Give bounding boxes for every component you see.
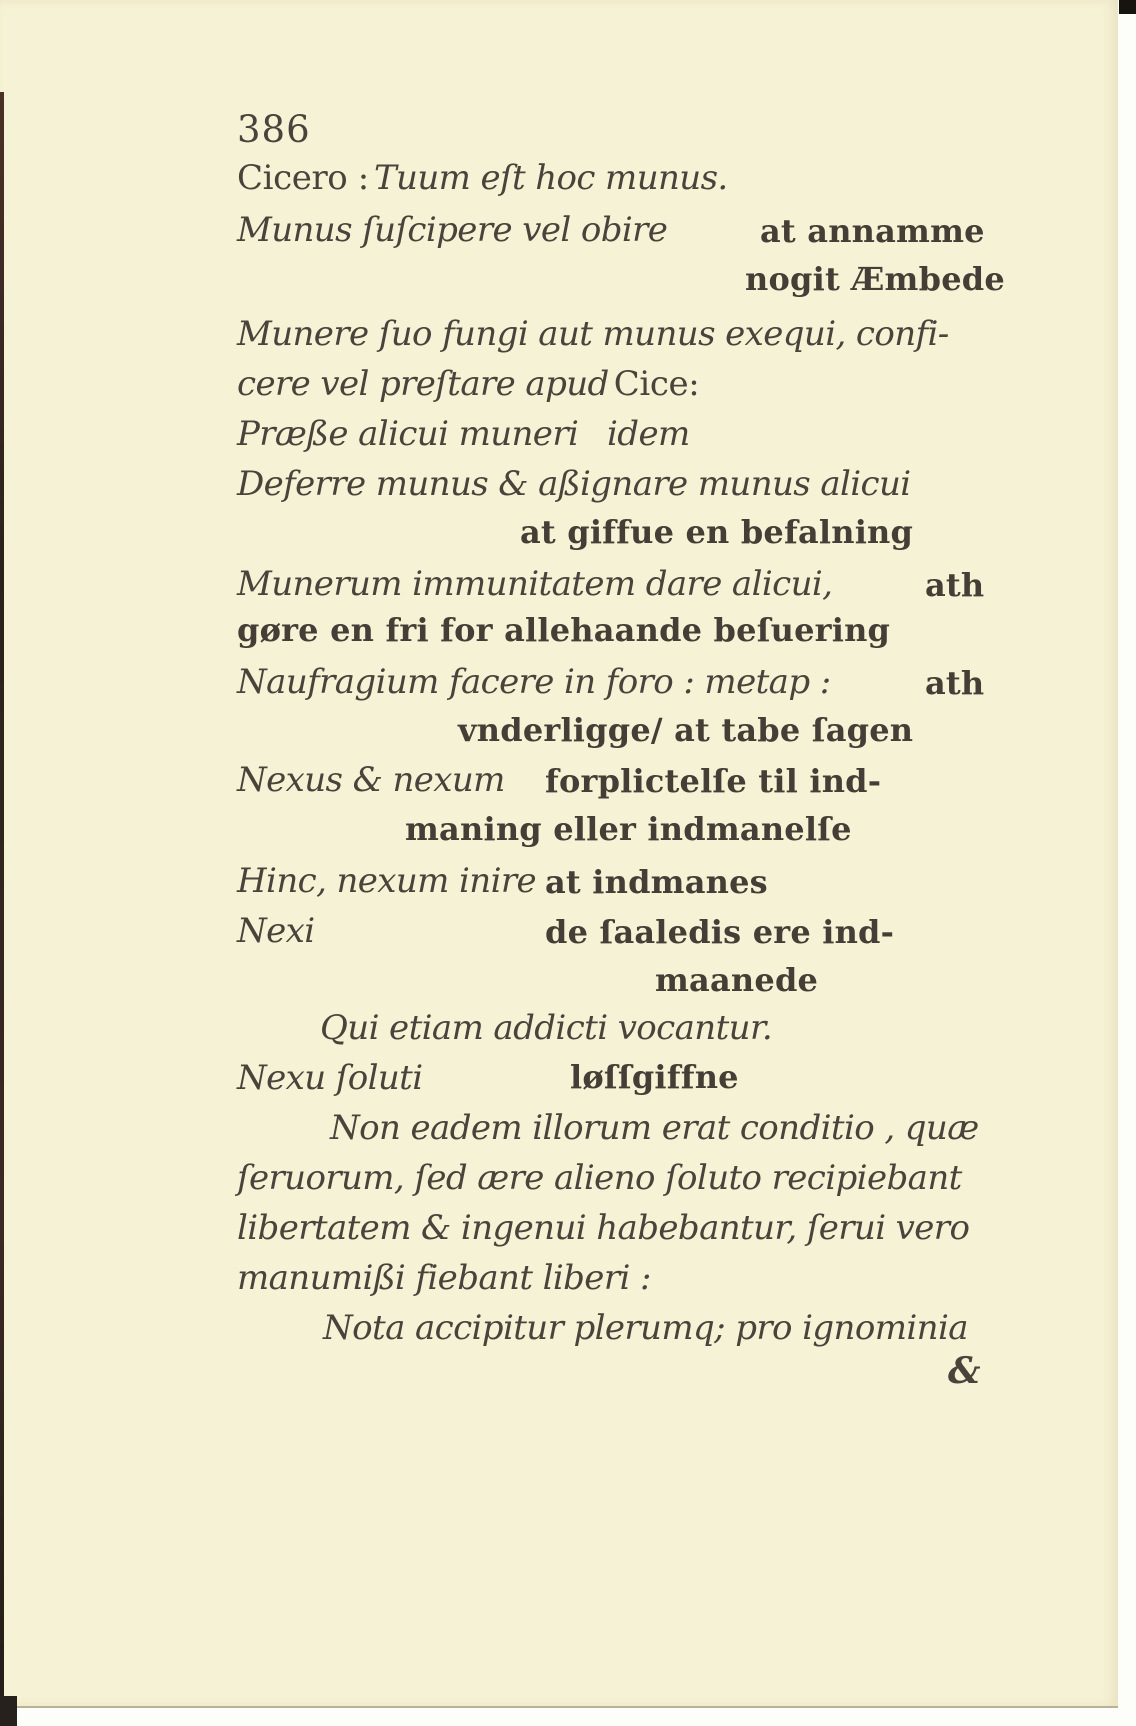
- translation-forplictelse: forplictelſe til ind-: [545, 762, 881, 800]
- entry-libertatem: libertatem & ingenui habebantur, ſerui v…: [237, 1208, 969, 1248]
- entry-cicero: Cicero : Tuum eſt hoc munus.: [237, 158, 728, 198]
- translation-at-giffue: at giffue en befalning: [520, 513, 913, 551]
- translation-loessgiffne: løſſgiffne: [570, 1058, 739, 1096]
- translation-at-annamme: at annamme: [760, 212, 985, 250]
- entry-cere-vel-latin: cere vel preſtare apud: [237, 364, 609, 404]
- translation-ath-1: ath: [925, 566, 984, 604]
- translation-at-indmanes: at indmanes: [545, 863, 768, 901]
- entry-cere-vel-cice: Cice:: [614, 364, 700, 404]
- entry-deferre: Deferre munus & aßignare munus alicui: [237, 464, 911, 504]
- scan-left-edge: [0, 92, 4, 1706]
- entry-naufragium: Naufragium facere in foro : metap :: [237, 662, 831, 702]
- entry-seruorum: ſeruorum, ſed ære alieno ſoluto recipieb…: [237, 1158, 962, 1198]
- entry-munerum: Munerum immunitatem dare alicui,: [237, 564, 832, 604]
- translation-maning: maning eller indmanelſe: [405, 810, 852, 848]
- entry-hinc-nexum: Hinc, nexum inire: [237, 861, 536, 901]
- entry-cicero-head: Cicero :: [237, 158, 369, 198]
- entry-munus-suscipere: Munus ſuſcipere vel obire: [237, 210, 667, 250]
- catchword: &: [948, 1350, 981, 1392]
- entry-cicero-quote: Tuum eſt hoc munus.: [374, 158, 728, 198]
- entry-cere-vel: cere vel preſtare apud Cice:: [237, 364, 699, 404]
- entry-praesse: Præße alicui muneri: [237, 414, 578, 454]
- entry-nota: Nota accipitur plerumq; pro ignominia: [323, 1308, 968, 1348]
- entry-munere-suo: Munere ſuo fungi aut munus exequi, confi…: [237, 314, 949, 354]
- translation-vnderligge: vnderligge/ at tabe ſagen: [458, 711, 913, 749]
- translation-de-saaledis: de ſaaledis ere ind-: [545, 913, 894, 951]
- translation-ath-2: ath: [925, 664, 984, 702]
- entry-nexus-nexum: Nexus & nexum: [237, 760, 505, 800]
- entry-nexi: Nexi: [237, 911, 315, 951]
- scanned-book-page: 386 Cicero : Tuum eſt hoc munus. Munus ſ…: [0, 0, 1136, 1726]
- scan-corner-mark-bottom: [0, 1696, 17, 1726]
- entry-non-eadem: Non eadem illorum erat conditio , quæ: [330, 1108, 979, 1148]
- translation-maanede: maanede: [655, 961, 818, 999]
- translation-idem: idem: [607, 414, 690, 454]
- entry-nexu-soluti: Nexu ſoluti: [237, 1058, 423, 1098]
- entry-manumissi: manumißi fiebant liberi :: [237, 1258, 651, 1298]
- entry-qui-etiam: Qui etiam addicti vocantur.: [320, 1008, 772, 1048]
- scan-corner-mark-top: [1119, 0, 1136, 14]
- paper-sheet: [0, 0, 1118, 1708]
- translation-nogit-embede: nogit Æmbede: [745, 260, 1005, 298]
- translation-goere-en-fri: gøre en fri for allehaande beſuering: [237, 611, 890, 649]
- page-number: 386: [237, 108, 311, 151]
